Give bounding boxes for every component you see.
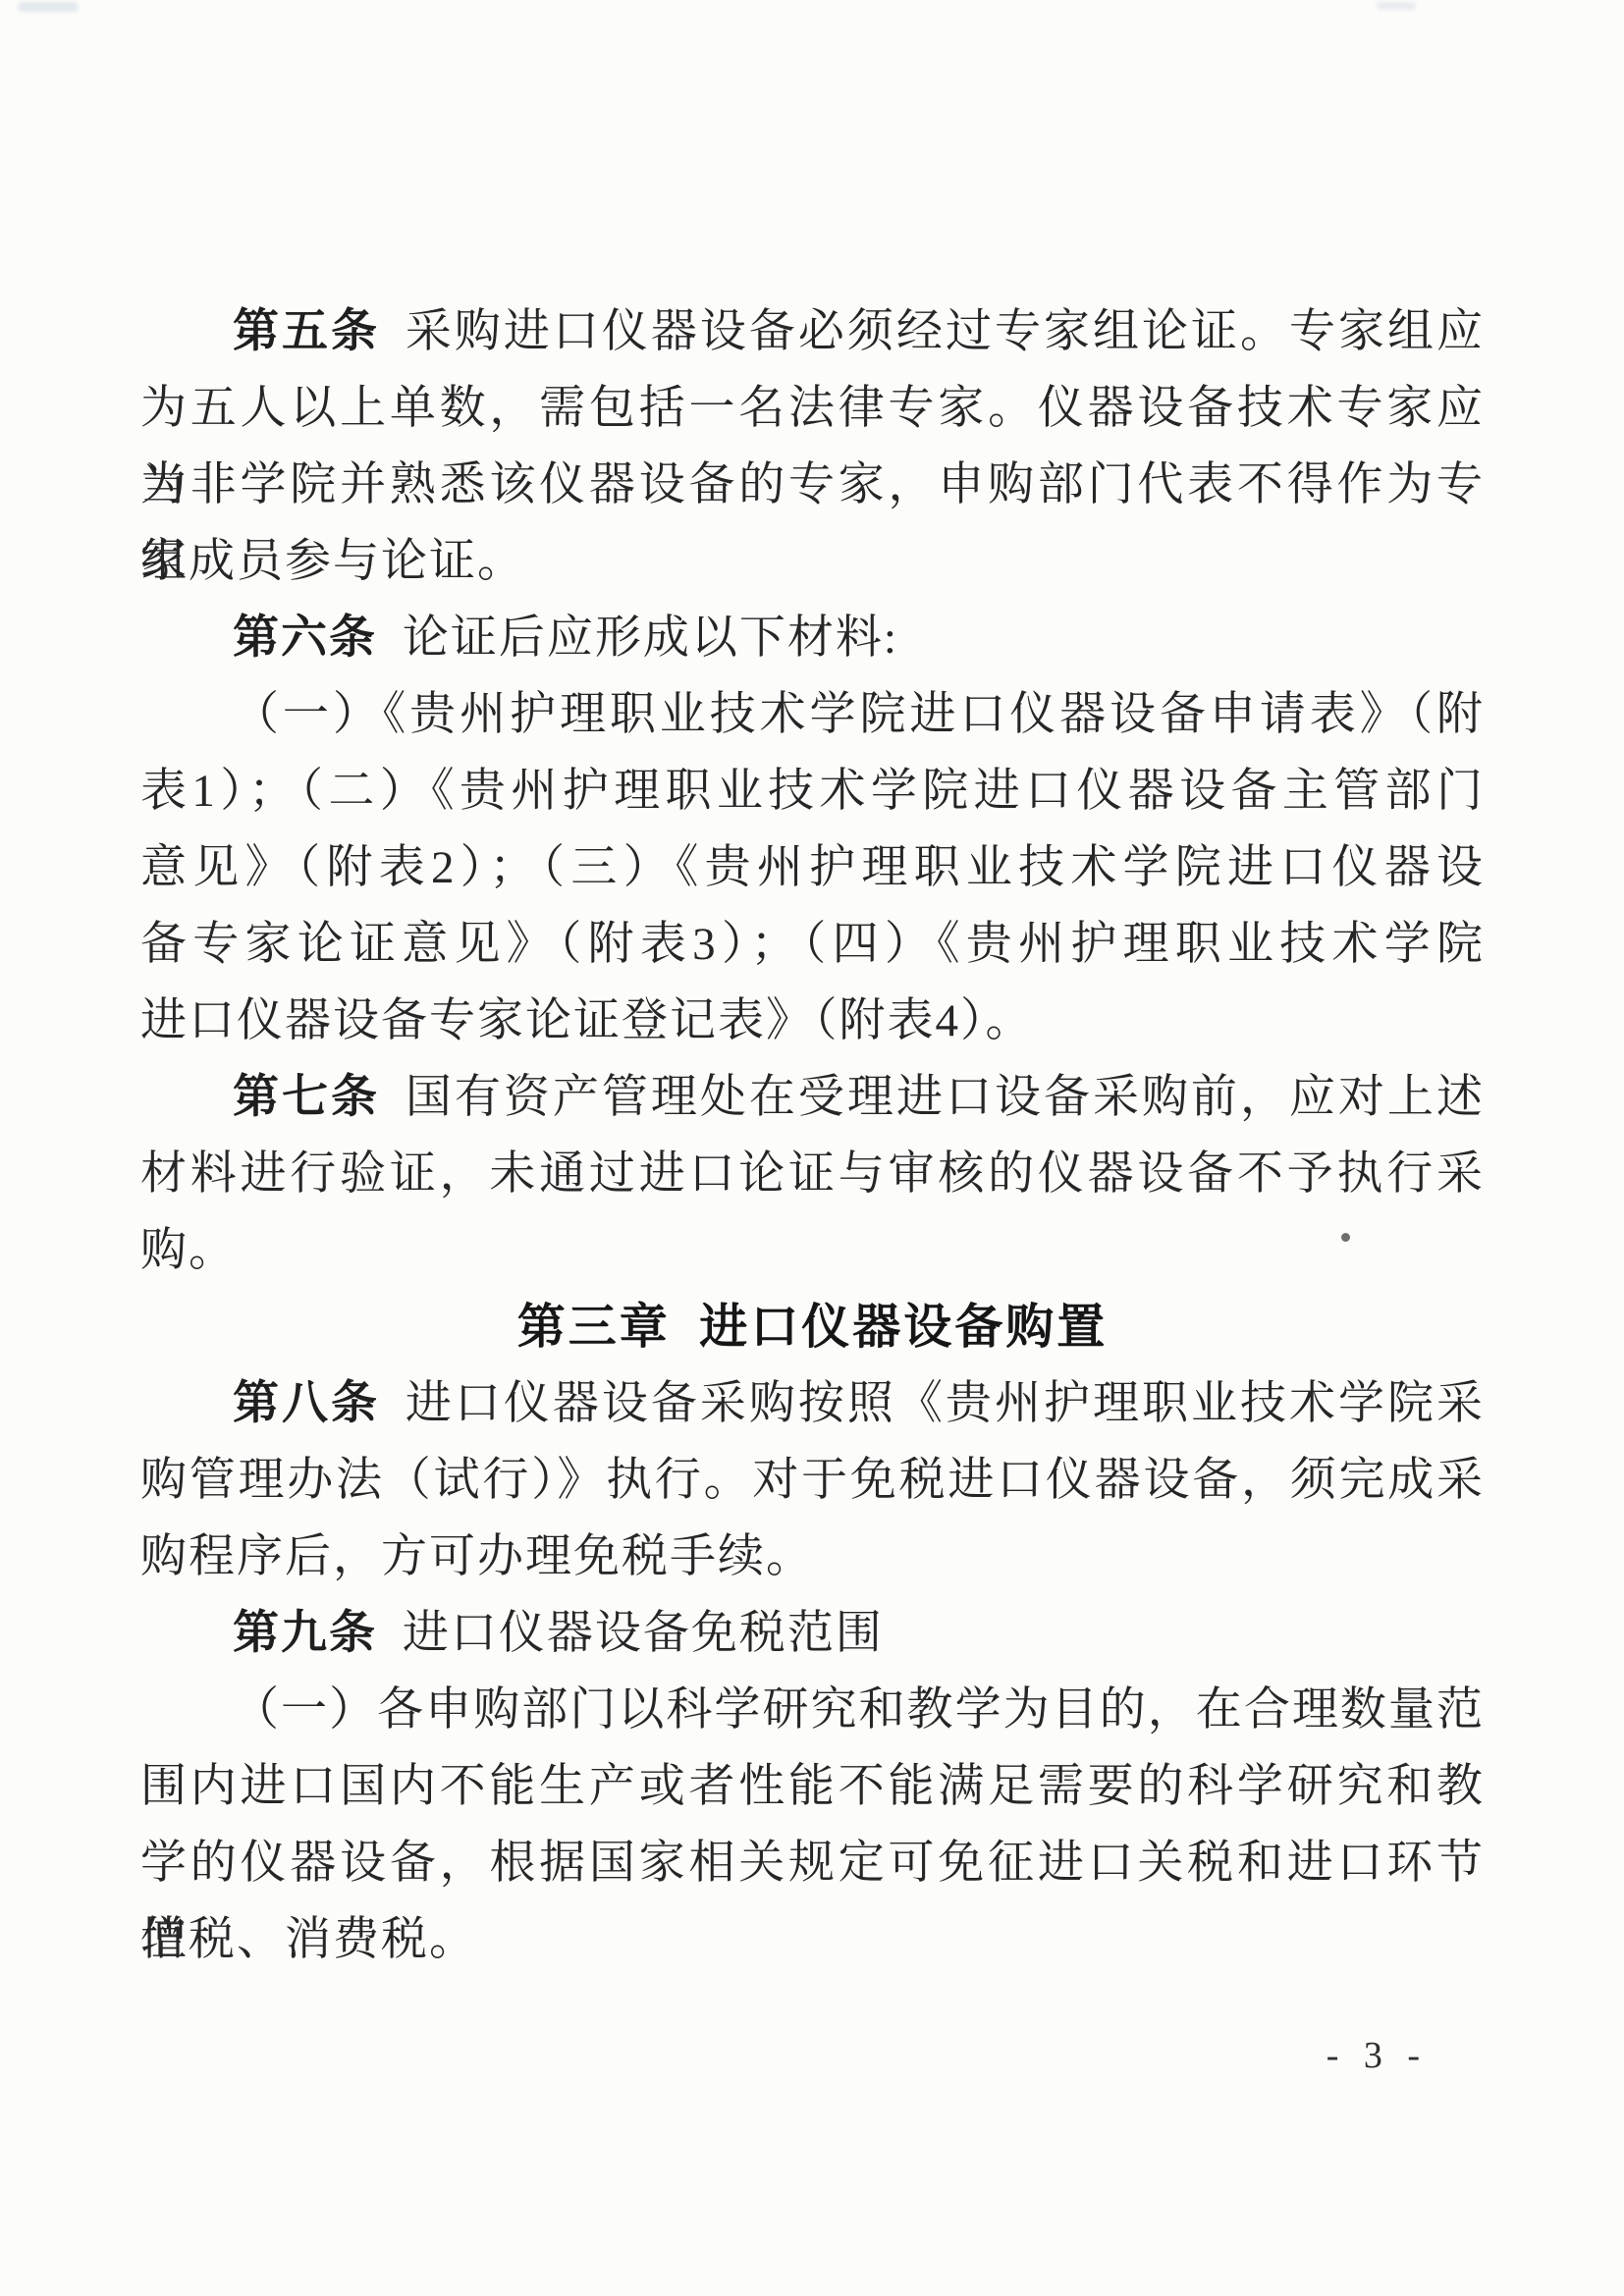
line-text: 进口仪器设备采购按照《贵州护理职业技术学院采 — [406, 1378, 1485, 1429]
line-text: 购。 — [140, 1225, 237, 1276]
line-text: 论证后应形成以下材料: — [403, 613, 898, 664]
line-text: 采购进口仪器设备必须经过专家组论证。专家组应 — [406, 306, 1485, 357]
document-page: 第五条采购进口仪器设备必须经过专家组论证。专家组应 为五人以上单数，需包括一名法… — [0, 0, 1624, 2296]
text-line: 材料进行验证，未通过进口论证与审核的仪器设备不予执行采 — [140, 1136, 1485, 1212]
text-line: 为五人以上单数，需包括一名法律专家。仪器设备技术专家应当 — [140, 370, 1485, 447]
document-content: 第五条采购进口仪器设备必须经过专家组论证。专家组应 为五人以上单数，需包括一名法… — [140, 294, 1485, 1978]
text-line: 进口仪器设备专家论证登记表》（附表4）。 — [140, 983, 1485, 1059]
text-line: 意见》（附表2）；（三）《贵州护理职业技术学院进口仪器设 — [140, 829, 1485, 906]
text-line: 第七条国有资产管理处在受理进口设备采购前，应对上述 — [140, 1059, 1485, 1136]
line-text: 值税、消费税。 — [140, 1914, 477, 1965]
line-text: 材料进行验证，未通过进口论证与审核的仪器设备不予执行采 — [140, 1148, 1485, 1200]
text-line: 第九条进口仪器设备免税范围 — [140, 1595, 1485, 1672]
scan-artifact — [18, 2, 79, 12]
chapter-number: 第三章 — [517, 1301, 671, 1354]
text-line: 值税、消费税。 — [140, 1901, 1485, 1978]
line-text: 进口仪器设备免税范围 — [403, 1608, 884, 1659]
text-line: 购程序后，方可办理免税手续。 — [140, 1519, 1485, 1595]
line-text: 国有资产管理处在受理进口设备采购前，应对上述 — [406, 1072, 1485, 1123]
text-line: 购。 — [140, 1212, 1485, 1289]
text-line: 为非学院并熟悉该仪器设备的专家，申购部门代表不得作为专家 — [140, 447, 1485, 523]
line-text: 意见》（附表2）；（三）《贵州护理职业技术学院进口仪器设 — [140, 842, 1485, 893]
text-line: 表1）；（二）《贵州护理职业技术学院进口仪器设备主管部门 — [140, 753, 1485, 829]
line-text: （一）各申购部门以科学研究和教学为目的，在合理数量范 — [233, 1684, 1485, 1735]
scan-artifact — [1377, 2, 1416, 10]
line-text: 围内进口国内不能生产或者性能不能满足需要的科学研究和教 — [140, 1761, 1485, 1812]
text-line: 围内进口国内不能生产或者性能不能满足需要的科学研究和教 — [140, 1748, 1485, 1825]
line-text: （一）《贵州护理职业技术学院进口仪器设备申请表》（附 — [233, 689, 1485, 740]
line-text: 购程序后，方可办理免税手续。 — [140, 1531, 814, 1582]
text-line: 备专家论证意见》（附表3）；（四）《贵州护理职业技术学院 — [140, 906, 1485, 983]
line-text: 表1）；（二）《贵州护理职业技术学院进口仪器设备主管部门 — [140, 766, 1485, 817]
page-number: - 3 - — [1326, 2034, 1428, 2077]
text-line: 第五条采购进口仪器设备必须经过专家组论证。专家组应 — [140, 294, 1485, 370]
chapter-heading: 第三章进口仪器设备购置 — [140, 1289, 1485, 1365]
text-line: 组成员参与论证。 — [140, 523, 1485, 600]
article-number: 第九条 — [233, 1608, 377, 1659]
article-number: 第六条 — [233, 613, 377, 664]
line-text: 进口仪器设备专家论证登记表》（附表4）。 — [140, 995, 1034, 1046]
text-line: 购管理办法（试行）》执行。对于免税进口仪器设备，须完成采 — [140, 1442, 1485, 1519]
line-text: 组成员参与论证。 — [140, 536, 525, 587]
text-line: （一）各申购部门以科学研究和教学为目的，在合理数量范 — [140, 1672, 1485, 1748]
chapter-title: 进口仪器设备购置 — [699, 1301, 1108, 1354]
text-line: 学的仪器设备，根据国家相关规定可免征进口关税和进口环节增 — [140, 1825, 1485, 1901]
article-number: 第七条 — [233, 1072, 380, 1123]
text-line: （一）《贵州护理职业技术学院进口仪器设备申请表》（附 — [140, 676, 1485, 753]
text-line: 第六条论证后应形成以下材料: — [140, 600, 1485, 676]
article-number: 第八条 — [233, 1378, 380, 1429]
article-number: 第五条 — [233, 306, 380, 357]
line-text: 购管理办法（试行）》执行。对于免税进口仪器设备，须完成采 — [140, 1455, 1485, 1506]
line-text: 备专家论证意见》（附表3）；（四）《贵州护理职业技术学院 — [140, 919, 1485, 970]
text-line: 第八条进口仪器设备采购按照《贵州护理职业技术学院采 — [140, 1365, 1485, 1442]
